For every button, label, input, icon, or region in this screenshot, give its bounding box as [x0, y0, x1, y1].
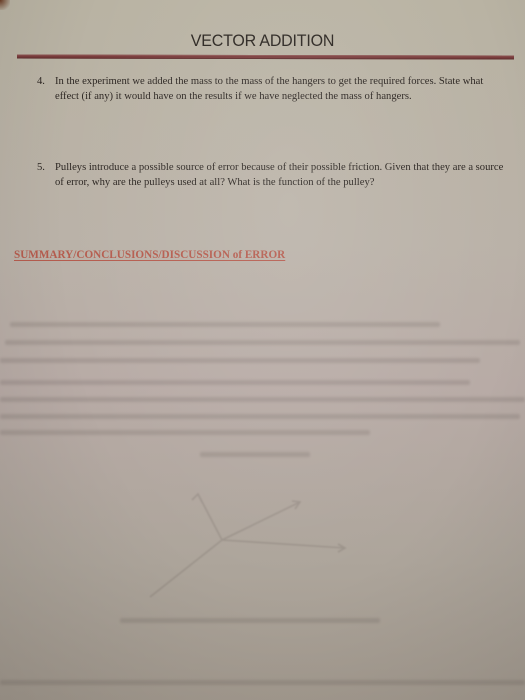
question-text: In the experiment we added the mass to t…	[55, 74, 507, 104]
document-title: VECTOR ADDITION	[0, 33, 525, 52]
question-number: 5.	[37, 160, 45, 175]
show-through-vector-diagram	[0, 0, 525, 700]
question-number: 4.	[37, 74, 45, 89]
question-text: Pulleys introduce a possible source of e…	[55, 160, 507, 190]
question-4: 4. In the experiment we added the mass t…	[37, 74, 507, 104]
question-5: 5. Pulleys introduce a possible source o…	[37, 160, 507, 190]
summary-section-heading: SUMMARY/CONCLUSIONS/DISCUSSION of ERROR	[14, 249, 285, 261]
